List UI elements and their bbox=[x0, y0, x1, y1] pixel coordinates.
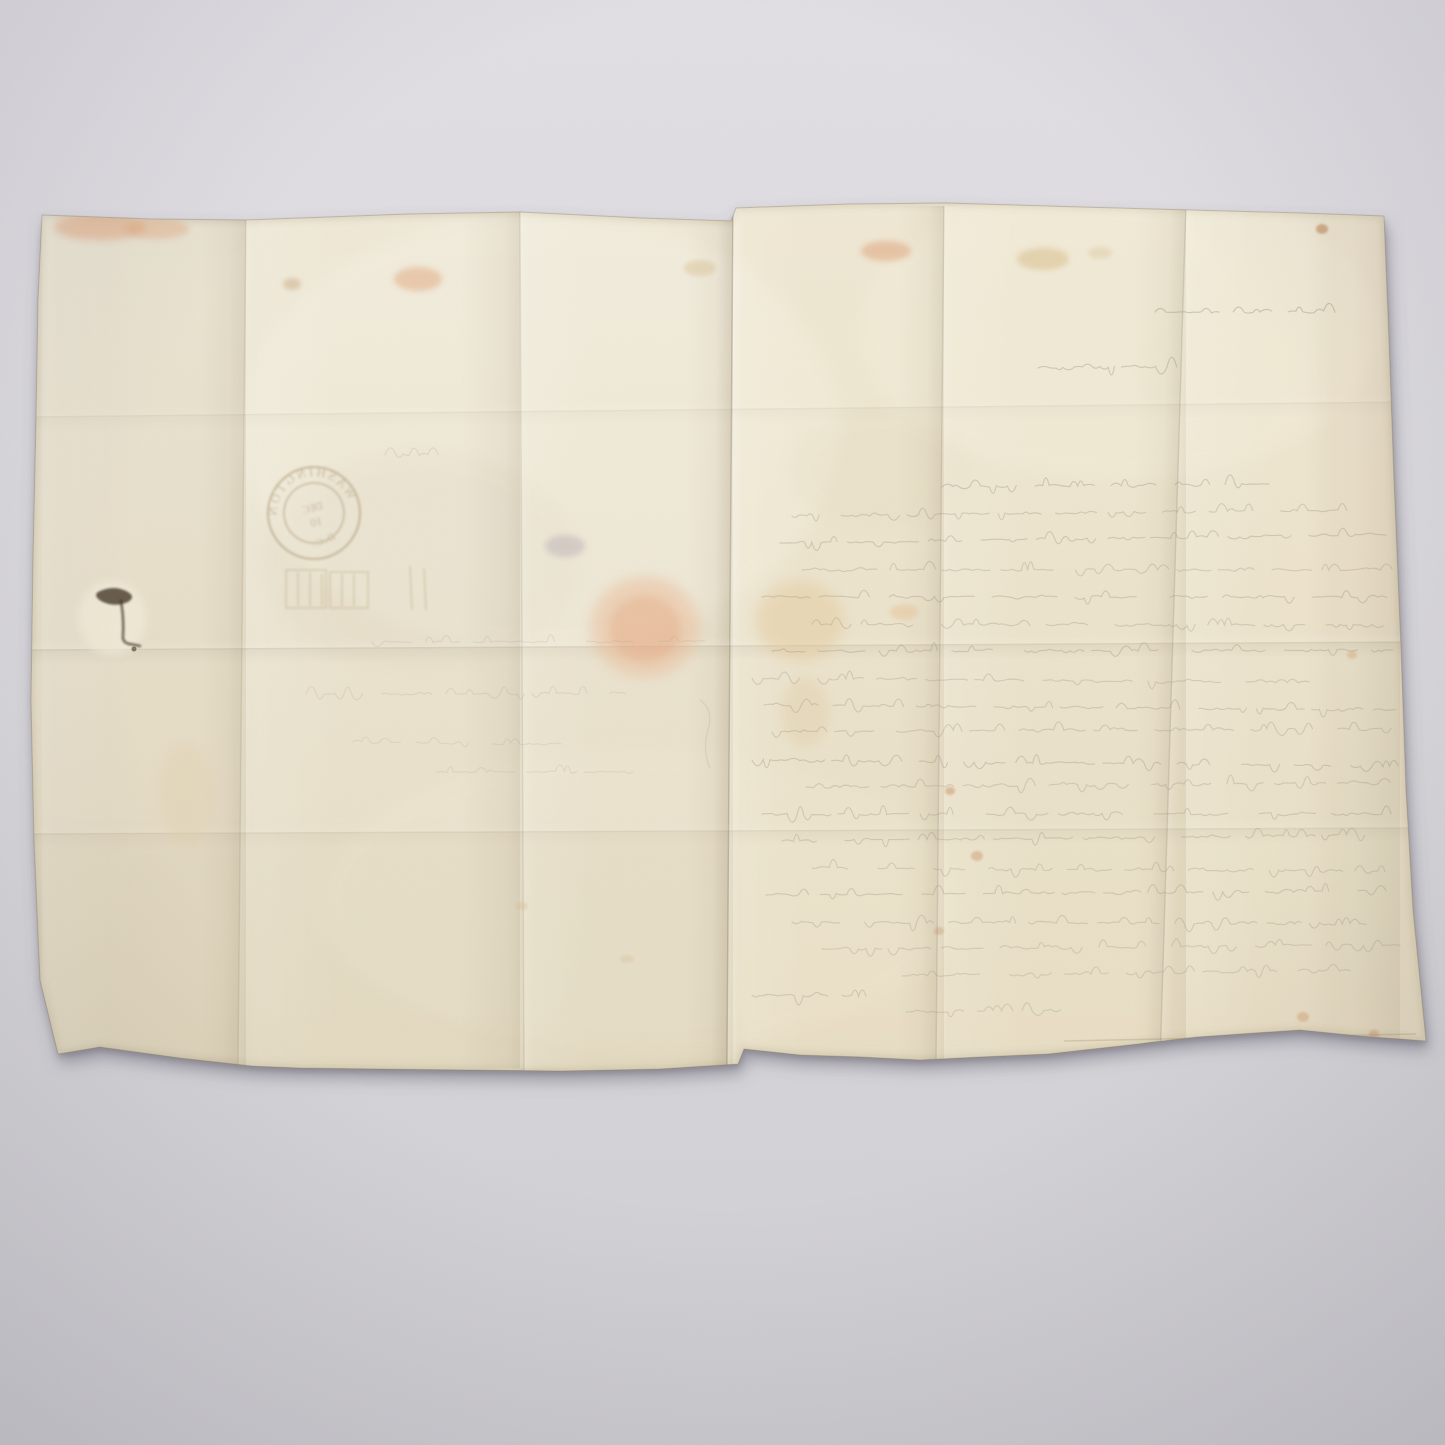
photo-vignette bbox=[0, 0, 1445, 1445]
photograph-of-unfolded-letter: WASHINGTOND.C.DEC10 bbox=[0, 0, 1445, 1445]
letter-photo-canvas: WASHINGTOND.C.DEC10 bbox=[0, 0, 1445, 1445]
